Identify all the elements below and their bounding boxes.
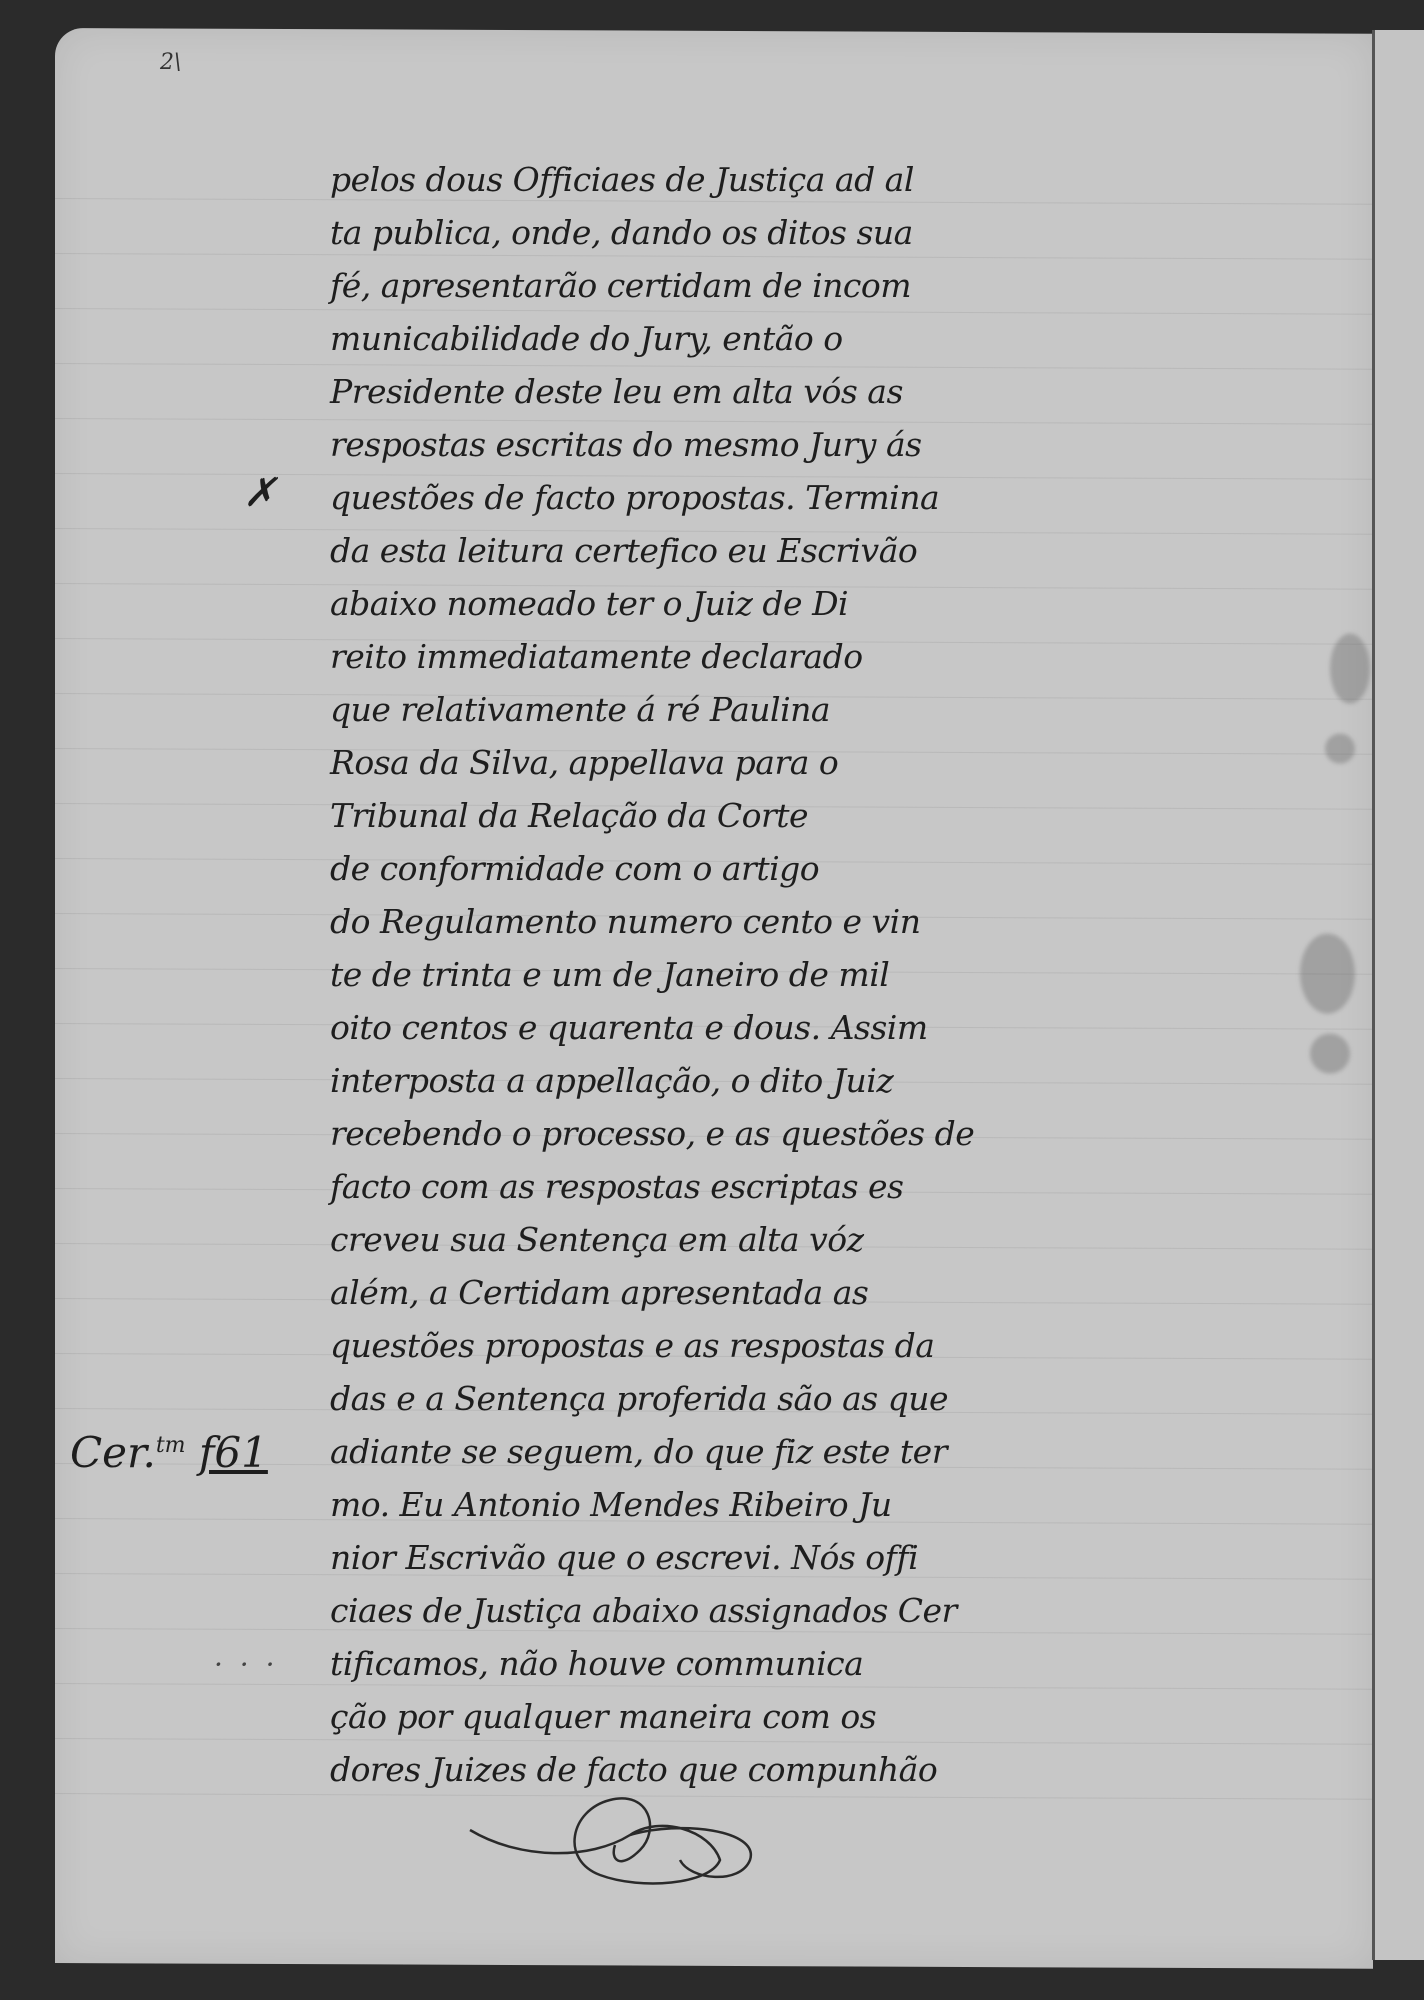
text-line: das e a Sentença proferida são as que (330, 1379, 1130, 1419)
ink-stain (1325, 734, 1355, 764)
margin-dots: · · · (214, 1648, 279, 1681)
ruled-line (55, 363, 1373, 370)
text-line: ta publica, onde, dando os ditos sua (330, 213, 1130, 253)
text-line: oito centos e quarenta e dous. Assim (330, 1008, 1130, 1048)
signature-flourish-icon (460, 1790, 790, 1910)
certificate-superscript: tm (156, 1433, 186, 1458)
text-line: recebendo o processo, e as questões de (330, 1114, 1130, 1154)
text-line: tificamos, não houve communica (330, 1644, 1130, 1684)
text-line: do Regulamento numero cento e vin (330, 902, 1130, 942)
text-line: respostas escritas do mesmo Jury ás (330, 425, 1130, 465)
text-line: abaixo nomeado ter o Juiz de Di (330, 584, 1130, 624)
ruled-line (55, 1683, 1373, 1690)
text-line: dores Juizes de facto que compunhão (330, 1750, 1130, 1790)
text-line: facto com as respostas escriptas es (330, 1167, 1130, 1207)
corner-mark: 2\ (160, 50, 181, 75)
text-line: mo. Eu Antonio Mendes Ribeiro Ju (330, 1485, 1130, 1525)
text-line: questões propostas e as respostas da (330, 1326, 1130, 1366)
text-line: adiante se seguem, do que fiz este ter (330, 1432, 1130, 1472)
text-line: interposta a appellação, o dito Juiz (330, 1061, 1130, 1101)
text-line: pelos dous Officiaes de Justiça ad al (330, 160, 1130, 200)
text-line: questões de facto propostas. Termina (330, 478, 1130, 518)
text-line: Presidente deste leu em alta vós as (330, 372, 1130, 412)
text-line: além, a Certidam apresentada as (330, 1273, 1130, 1313)
text-line: reito immediatamente declarado (330, 637, 1130, 677)
text-line: ção por qualquer maneira com os (330, 1697, 1130, 1737)
text-line: Tribunal da Relação da Corte (330, 796, 1130, 836)
ruled-line (55, 1738, 1373, 1745)
text-line: que relativamente á ré Paulina (330, 690, 1130, 730)
text-line: te de trinta e um de Janeiro de mil (330, 955, 1130, 995)
text-line: de conformidade com o artigo (330, 849, 1130, 889)
text-line: creveu sua Sentença em alta vóz (330, 1220, 1130, 1260)
text-line: da esta leitura certefico eu Escrivão (330, 531, 1130, 571)
certificate-abbrev: Cer. (70, 1428, 156, 1477)
text-line: municabilidade do Jury, então o (330, 319, 1130, 359)
ruled-line (55, 418, 1373, 425)
folio-number: f61 (199, 1428, 268, 1477)
text-line: fé, apresentarão certidam de incom (330, 266, 1130, 306)
text-line: ciaes de Justiça abaixo assignados Cer (330, 1591, 1130, 1631)
adjacent-page-edge (1372, 30, 1424, 1960)
ruled-line (55, 253, 1373, 260)
margin-cross-mark: ✗ (243, 470, 277, 516)
margin-certificate-note: Cer.tm f61 (70, 1428, 268, 1477)
text-line: nior Escrivão que o escrevi. Nós offi (330, 1538, 1130, 1578)
text-line: Rosa da Silva, appellava para o (330, 743, 1130, 783)
ink-stain (1330, 634, 1370, 704)
ink-stain (1310, 1033, 1350, 1073)
ink-stain (1300, 933, 1355, 1013)
ruled-line (55, 308, 1373, 315)
